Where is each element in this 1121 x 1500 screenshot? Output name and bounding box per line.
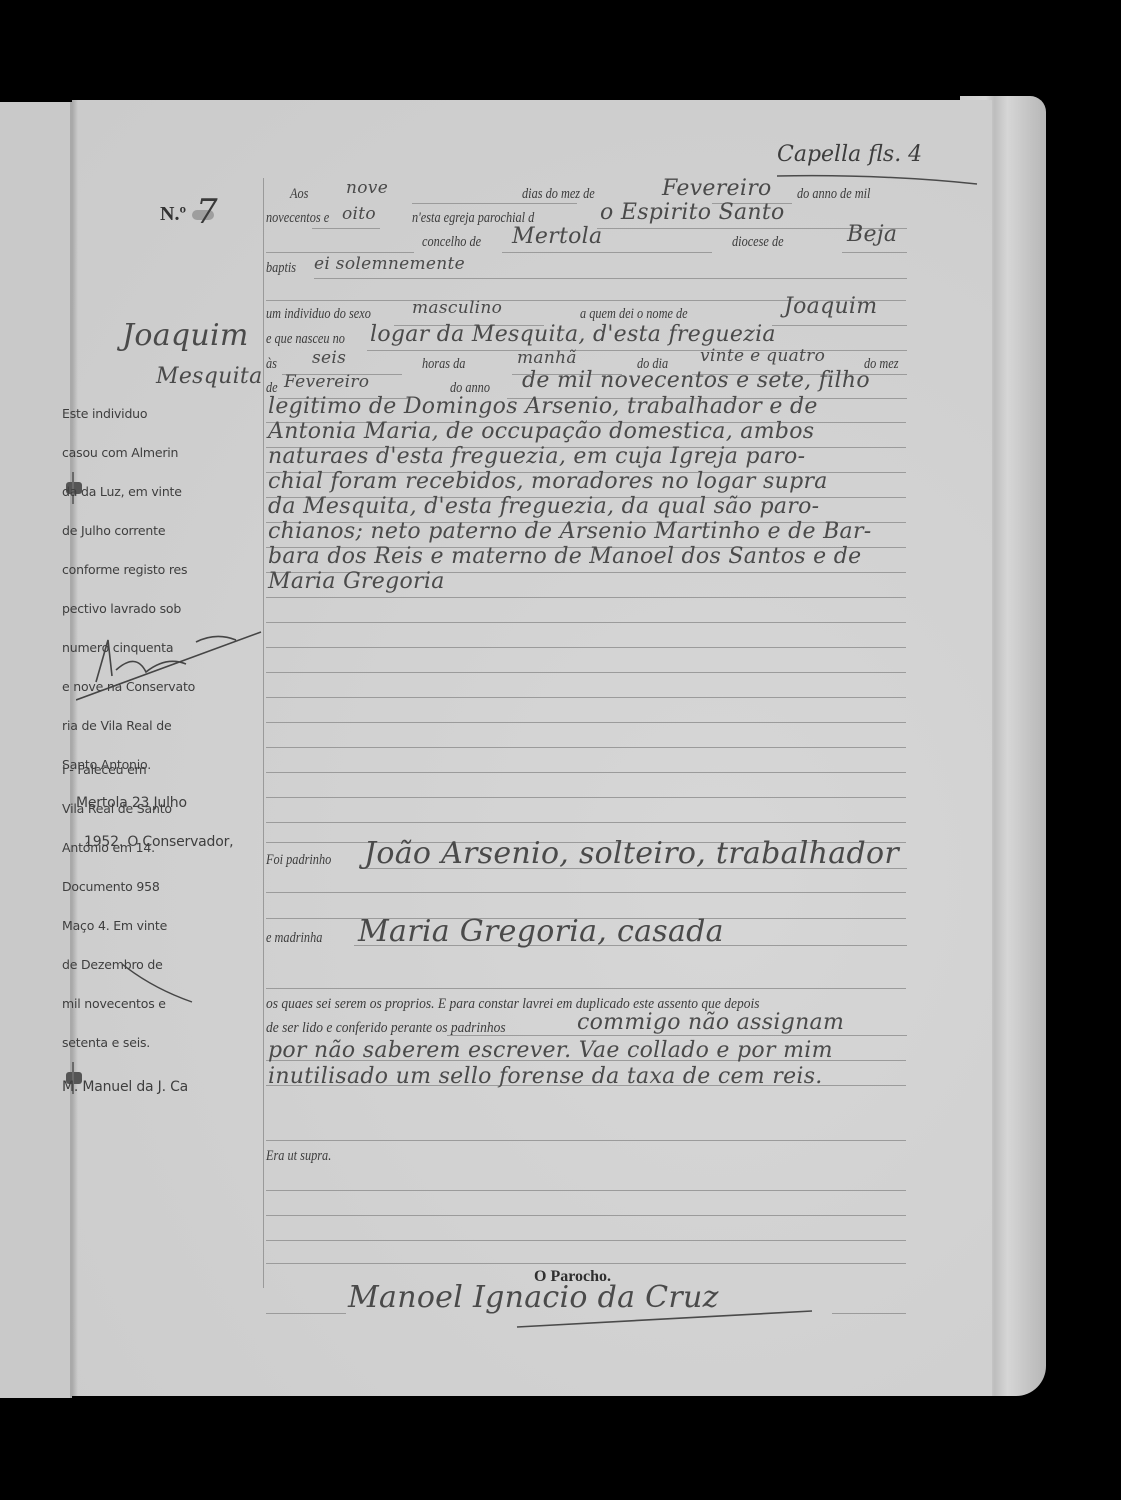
annotation-line: Maço 4. Em vinte: [62, 916, 242, 936]
diocese-label: diocese de: [732, 234, 784, 251]
rule-line: [266, 697, 906, 698]
body-line-3: naturaes d'esta freguezia, em cuja Igrej…: [268, 444, 805, 469]
annotation-line: casou com Almerin: [62, 443, 242, 463]
nome-value: Joaquim: [784, 294, 877, 319]
rule-line: [412, 203, 577, 204]
month-value: Fevereiro: [662, 176, 772, 201]
birth-year-value: de mil novecentos e sete, filho: [522, 368, 870, 393]
annotation-line: Vila Real de Santo: [62, 799, 242, 819]
annotation-line: setenta e seis.: [62, 1033, 242, 1053]
madrinha-value: Maria Gregoria, casada: [358, 914, 724, 949]
concelho-label: concelho de: [422, 234, 481, 251]
reference-note: Capella fls. 4: [777, 142, 922, 167]
nome-label: a quem dei o nome de: [580, 306, 688, 323]
as-label: às: [266, 356, 277, 373]
margin-name: Joaquim: [122, 318, 249, 353]
body-line-2: Antonia Maria, de occupação domestica, a…: [268, 419, 814, 444]
rule-line: [832, 1313, 906, 1314]
madrinha-label: e madrinha: [266, 930, 322, 947]
annotation-line: Documento 958: [62, 877, 242, 897]
rule-line: [266, 722, 906, 723]
rule-line: [266, 1215, 906, 1216]
body-line-8: Maria Gregoria: [268, 569, 445, 594]
rule-line: [266, 988, 906, 989]
annotation-flourish: [112, 958, 272, 1008]
year-suffix-value: oito: [342, 204, 376, 224]
closing-hand-line-2: por não saberem escrever. Vae collado e …: [268, 1038, 833, 1063]
rule-line: [266, 797, 906, 798]
nasceu-label: e que nasceu no: [266, 331, 345, 348]
rule-line: [266, 892, 906, 893]
closing-hand-line-1: commigo não assignam: [577, 1010, 844, 1035]
novecentos-label: novecentos e: [266, 210, 329, 227]
annotation-line: de Julho corrente: [62, 521, 242, 541]
day-value: nove: [346, 178, 388, 198]
rule-line: [266, 772, 906, 773]
padrinho-label: Foi padrinho: [266, 852, 331, 869]
rule-line: [266, 622, 906, 623]
concelho-value: Mertola: [512, 224, 602, 249]
era-ut-supra-label: Era ut supra.: [266, 1148, 331, 1165]
register-page: Capella fls. 4 N.º 7: [72, 100, 992, 1396]
annotation-line: conforme registo res: [62, 560, 242, 580]
annotation-line: Este individuo: [62, 404, 242, 424]
sexo-value: masculino: [412, 298, 502, 318]
anno-label: do anno de mil: [797, 186, 870, 203]
hora-value: seis: [312, 348, 346, 368]
closing-hand-line-3: inutilisado um sello forense da taxa de …: [268, 1064, 823, 1089]
rule-line: [502, 252, 712, 253]
margin-annotation-death: I - Faleceu em Vila Real de Santo Antóni…: [62, 740, 242, 1117]
rule-line: [266, 597, 906, 598]
padrinho-value: João Arsenio, solteiro, trabalhador: [364, 836, 899, 871]
signature-flourish: [512, 1305, 832, 1335]
annotation-line: António em 14.: [62, 838, 242, 858]
parish-value: o Espirito Santo: [600, 200, 785, 225]
aos-label: Aos: [290, 186, 308, 203]
body-line-4: chial foram recebidos, moradores no loga…: [268, 469, 828, 494]
rule-line: [312, 228, 380, 229]
periodo-value: manhã: [517, 348, 577, 368]
rule-line: [266, 747, 906, 748]
rule-line: [266, 1240, 906, 1241]
rule-line: [266, 672, 906, 673]
baptis-value: ei solemnemente: [314, 254, 465, 274]
horas-label: horas da: [422, 356, 465, 373]
baptis-label: baptis: [266, 260, 296, 277]
annotation-line: da da Luz, em vinte: [62, 482, 242, 502]
conservador-signature: [76, 612, 266, 702]
annotation-line: I - Faleceu em: [62, 760, 242, 780]
dias-label: dias do mez de: [522, 186, 595, 203]
entry-number: 7: [196, 192, 218, 232]
rule-line: [842, 252, 907, 253]
birth-month-value: Fevereiro: [284, 372, 369, 392]
rule-line: [266, 1190, 906, 1191]
margin-rule: [263, 178, 264, 1288]
body-line-1: legitimo de Domingos Arsenio, trabalhado…: [268, 394, 818, 419]
rule-line: [314, 278, 907, 279]
rule-line: [266, 1263, 906, 1264]
rule-line: [367, 350, 907, 351]
rule-line: [772, 325, 907, 326]
entry-number-label: N.º: [160, 203, 186, 226]
diocese-value: Beja: [847, 222, 897, 247]
rule-line: [266, 1140, 906, 1141]
closing-printed-line-2: de ser lido e conferido perante os padri…: [266, 1020, 506, 1037]
rule-line: [266, 252, 414, 253]
body-line-7: bara dos Reis e materno de Manoel dos Sa…: [268, 544, 861, 569]
sexo-label: um individuo do sexo: [266, 306, 371, 323]
rule-line: [266, 647, 906, 648]
dia-value: vinte e quatro: [700, 346, 825, 366]
annotation-line: ria de Vila Real de: [62, 716, 242, 736]
nasceu-value: logar da Mesquita, d'esta freguezia: [370, 322, 776, 347]
rule-line: [266, 822, 906, 823]
rule-line: [447, 1035, 907, 1036]
body-line-6: chianos; neto paterno de Arsenio Martinh…: [268, 519, 872, 544]
annotation-signature: M. Manuel da J. Ca: [62, 1078, 242, 1098]
rule-line: [266, 1313, 346, 1314]
body-line-5: da Mesquita, d'esta freguezia, da qual s…: [268, 494, 819, 519]
